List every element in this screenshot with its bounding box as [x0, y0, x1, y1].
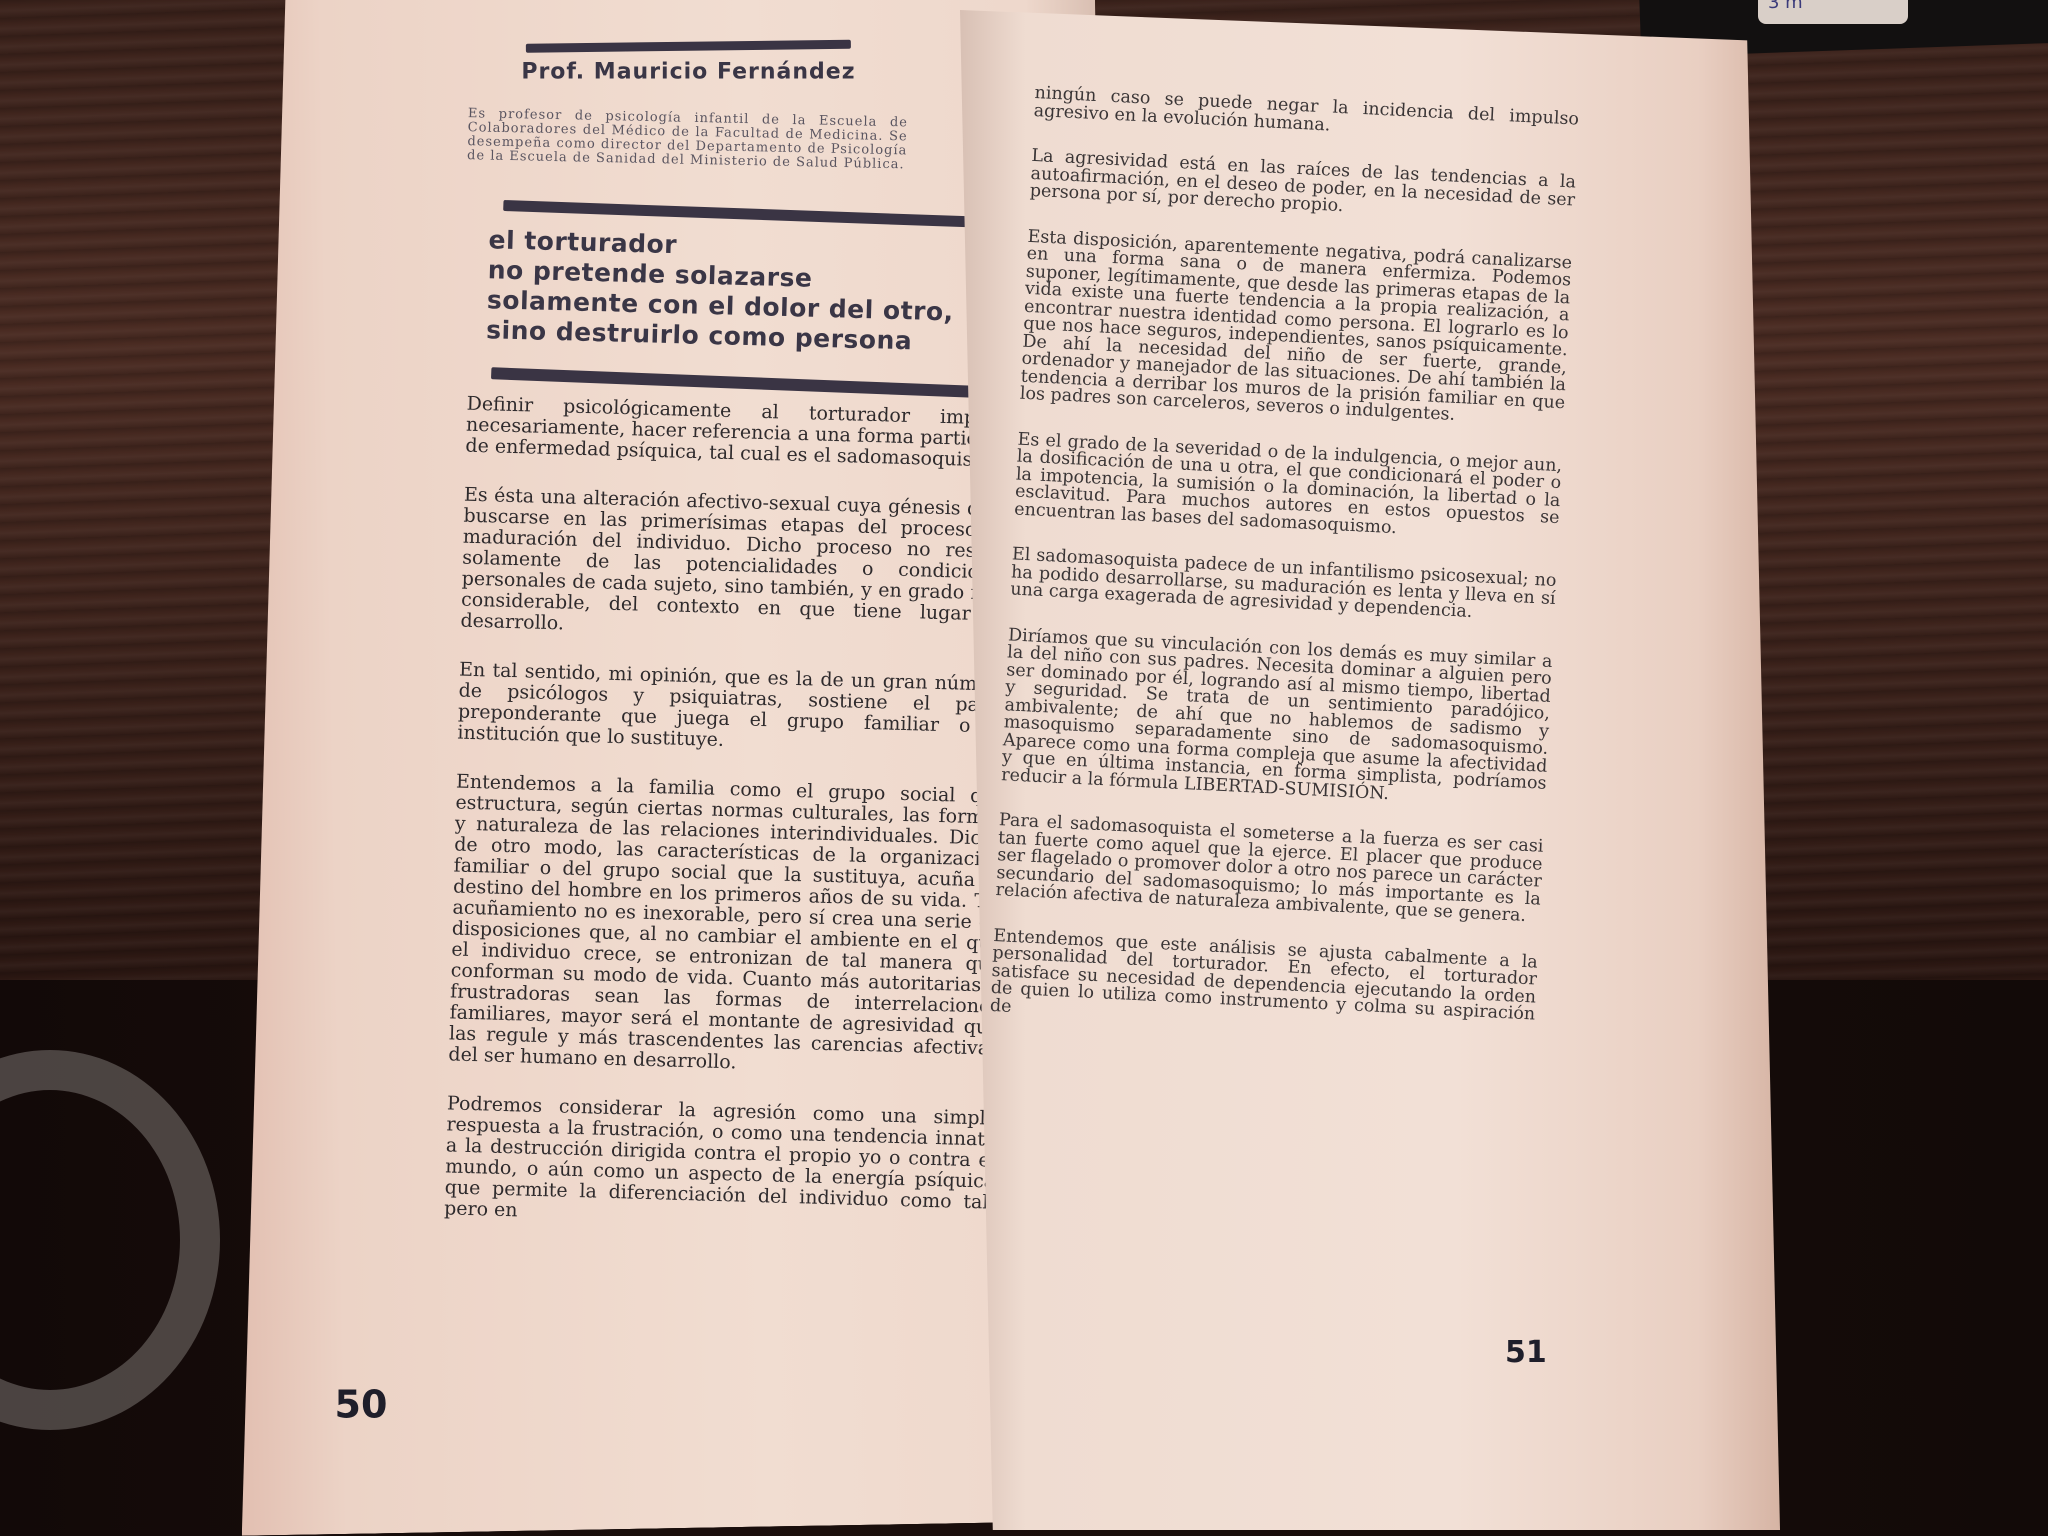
paragraph: Podremos considerar la agresión como una…	[444, 1093, 997, 1234]
paragraph: Entendemos que este análisis se ajusta c…	[990, 927, 1539, 1041]
paragraph: Es el grado de la severidad o de la indu…	[1014, 431, 1563, 545]
top-rule	[526, 40, 851, 53]
paragraph: Entendemos a la familia como el grupo so…	[448, 772, 1006, 1081]
paragraph: Definir psicológicamente al torturador i…	[465, 394, 1017, 472]
paragraph: Diríamos que su vinculación con los demá…	[1001, 627, 1553, 811]
paragraph: Para el sadomasoquista el someterse a la…	[995, 812, 1544, 926]
paragraph: El sadomasoquista padece de un infantili…	[1010, 546, 1557, 625]
paragraph: ningún caso se puede negar la incidencia…	[1033, 85, 1579, 147]
paragraph: Esta disposición, aparentemente negativa…	[1019, 228, 1572, 429]
paragraph: La agresividad está en las raíces de las…	[1029, 148, 1576, 227]
article-headline: el torturador no pretende solazarse sola…	[486, 225, 1009, 359]
author-name: Prof. Mauricio Fernández	[521, 60, 855, 85]
paragraph: Es ésta una alteración afectivo-sexual c…	[460, 485, 1014, 647]
right-page: ningún caso se puede negar la incidencia…	[960, 10, 1780, 1530]
paragraph: En tal sentido, mi opinión, que es la de…	[457, 660, 1009, 759]
page-number: 51	[1505, 1335, 1547, 1370]
headline-top-rule	[503, 200, 1038, 230]
author-bio: Es profesor de psicología infantil de la…	[467, 107, 908, 172]
left-body-text: Definir psicológicamente al torturador i…	[443, 394, 1017, 1263]
right-body-text: ningún caso se puede negar la incidencia…	[988, 85, 1579, 1069]
book-spine-label: 3 m	[1758, 0, 1908, 24]
page-number: 50	[335, 1383, 388, 1427]
